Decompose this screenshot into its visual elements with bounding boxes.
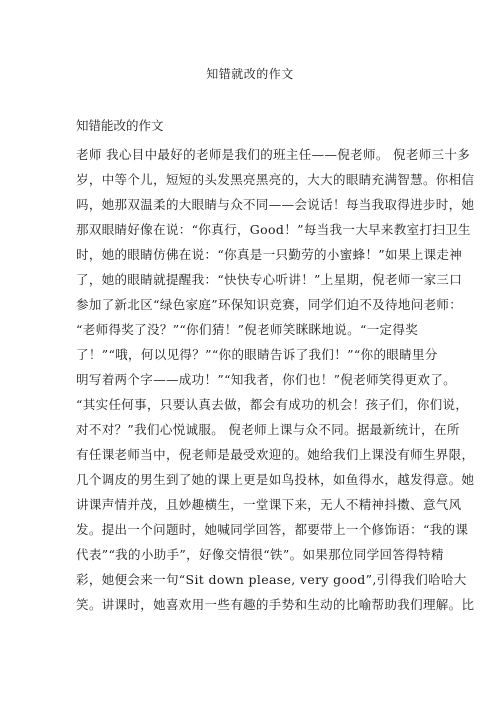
paragraph-line: “老师得奖了没？”“你们猜！”倪老师笑眯眯地说。“一定得奖 [76,317,428,342]
paragraph-line: 发。提出一个问题时，她喊同学回答，都要带上一个修饰语：“我的课 [76,517,428,542]
document-page: 知错就改的作文 知错能改的作文 老师 我心目中最好的老师是我们的班主任——倪老师… [0,0,500,707]
essay-heading: 知错能改的作文 [76,117,428,142]
paragraph-line: 笑。讲课时，她喜欢用一些有趣的手势和生动的比喻帮助我们理解。比 [76,592,428,617]
paragraph-line: 有任课老师当中，倪老师是最受欢迎的。她给我们上课没有师生界限， [76,442,428,467]
paragraph-line: 了！”“哦，何以见得？”“你的眼睛告诉了我们！”“你的眼睛里分 [76,342,428,367]
paragraph-line: 老师 我心目中最好的老师是我们的班主任——倪老师。 倪老师三十多 [76,142,428,167]
paragraph-line: 彩，她便会来一句“Sit down please, very good”,引得我… [76,567,428,592]
paragraph-line: 岁，中等个儿，短短的头发黑亮黑亮的，大大的眼睛充满智慧。你相信 [76,167,428,192]
paragraph-line: 几个调皮的男生到了她的课上更是如鸟投林，如鱼得水，越发得意。她 [76,467,428,492]
paragraph-line: 代表”“我的小助手”，好像交情很“铁”。如果那位同学回答得特精 [76,542,428,567]
paragraph-line: 了，她的眼睛就提醒我：“快快专心听讲！”上星期，倪老师一家三口 [76,267,428,292]
paragraph-line: “其实任何事，只要认真去做，都会有成功的机会！孩子们，你们说， [76,392,428,417]
paragraph-line: 明写着两个字——成功！”“知我者，你们也！”倪老师笑得更欢了。 [76,367,428,392]
paragraph-line: 吗，她那双温柔的大眼睛与众不同——会说话！每当我取得进步时，她 [76,192,428,217]
document-title: 知错就改的作文 [0,66,500,82]
paragraph-line: 时，她的眼睛仿佛在说：“你真是一只勤劳的小蜜蜂！”如果上课走神 [76,242,428,267]
paragraph-line: 参加了新北区“绿色家庭”环保知识竞赛，同学们迫不及待地问老师： [76,292,428,317]
essay-body: 知错能改的作文 老师 我心目中最好的老师是我们的班主任——倪老师。 倪老师三十多… [76,117,428,617]
paragraph-line: 对不对？”我们心悦诚服。 倪老师上课与众不同。据最新统计，在所 [76,417,428,442]
paragraph-line: 那双眼睛好像在说：“你真行，Good！”每当我一大早来教室打扫卫生 [76,217,428,242]
paragraph-line: 讲课声情并茂，且妙趣横生，一堂课下来，无人不精神抖擞、意气风 [76,492,428,517]
